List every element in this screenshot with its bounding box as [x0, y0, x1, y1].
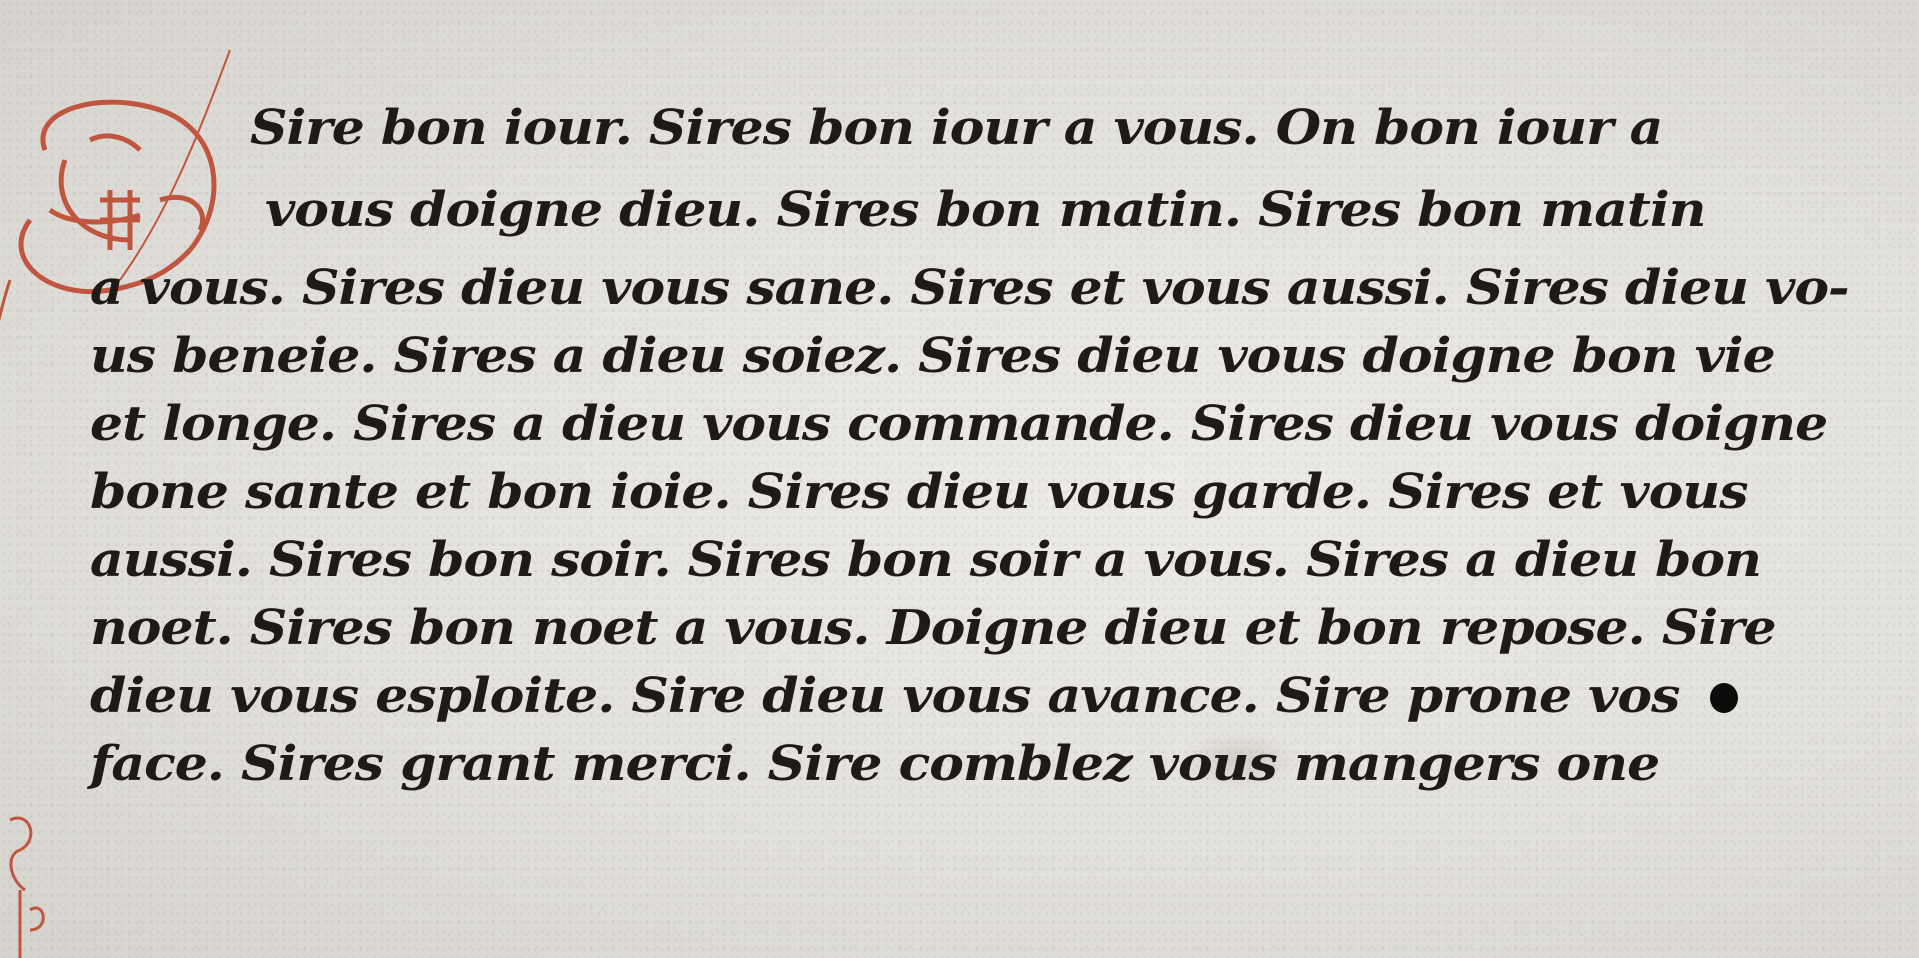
- manuscript-line-7: aussi. Sires bon soir. Sires bon soir a …: [90, 532, 1761, 588]
- manuscript-line-2: vous doigne dieu. Sires bon matin. Sires…: [265, 182, 1705, 238]
- manuscript-line-5: et longe. Sires a dieu vous commande. Si…: [90, 396, 1827, 452]
- margin-flourish-icon: [0, 800, 60, 958]
- manuscript-line-9: dieu vous esploite. Sire dieu vous avanc…: [90, 668, 1679, 724]
- manuscript-line-10: face. Sires grant merci. Sire comblez vo…: [90, 736, 1659, 792]
- manuscript-line-4: us beneie. Sires a dieu soiez. Sires die…: [90, 328, 1775, 384]
- manuscript-line-3: a vous. Sires dieu vous sane. Sires et v…: [90, 260, 1849, 316]
- manuscript-line-8: noet. Sires bon noet a vous. Doigne dieu…: [90, 600, 1776, 656]
- parchment-hole: [1710, 683, 1738, 713]
- manuscript-line-6: bone sante et bon ioie. Sires dieu vous …: [90, 464, 1747, 520]
- manuscript-line-1: Sire bon iour. Sires bon iour a vous. On…: [250, 100, 1662, 156]
